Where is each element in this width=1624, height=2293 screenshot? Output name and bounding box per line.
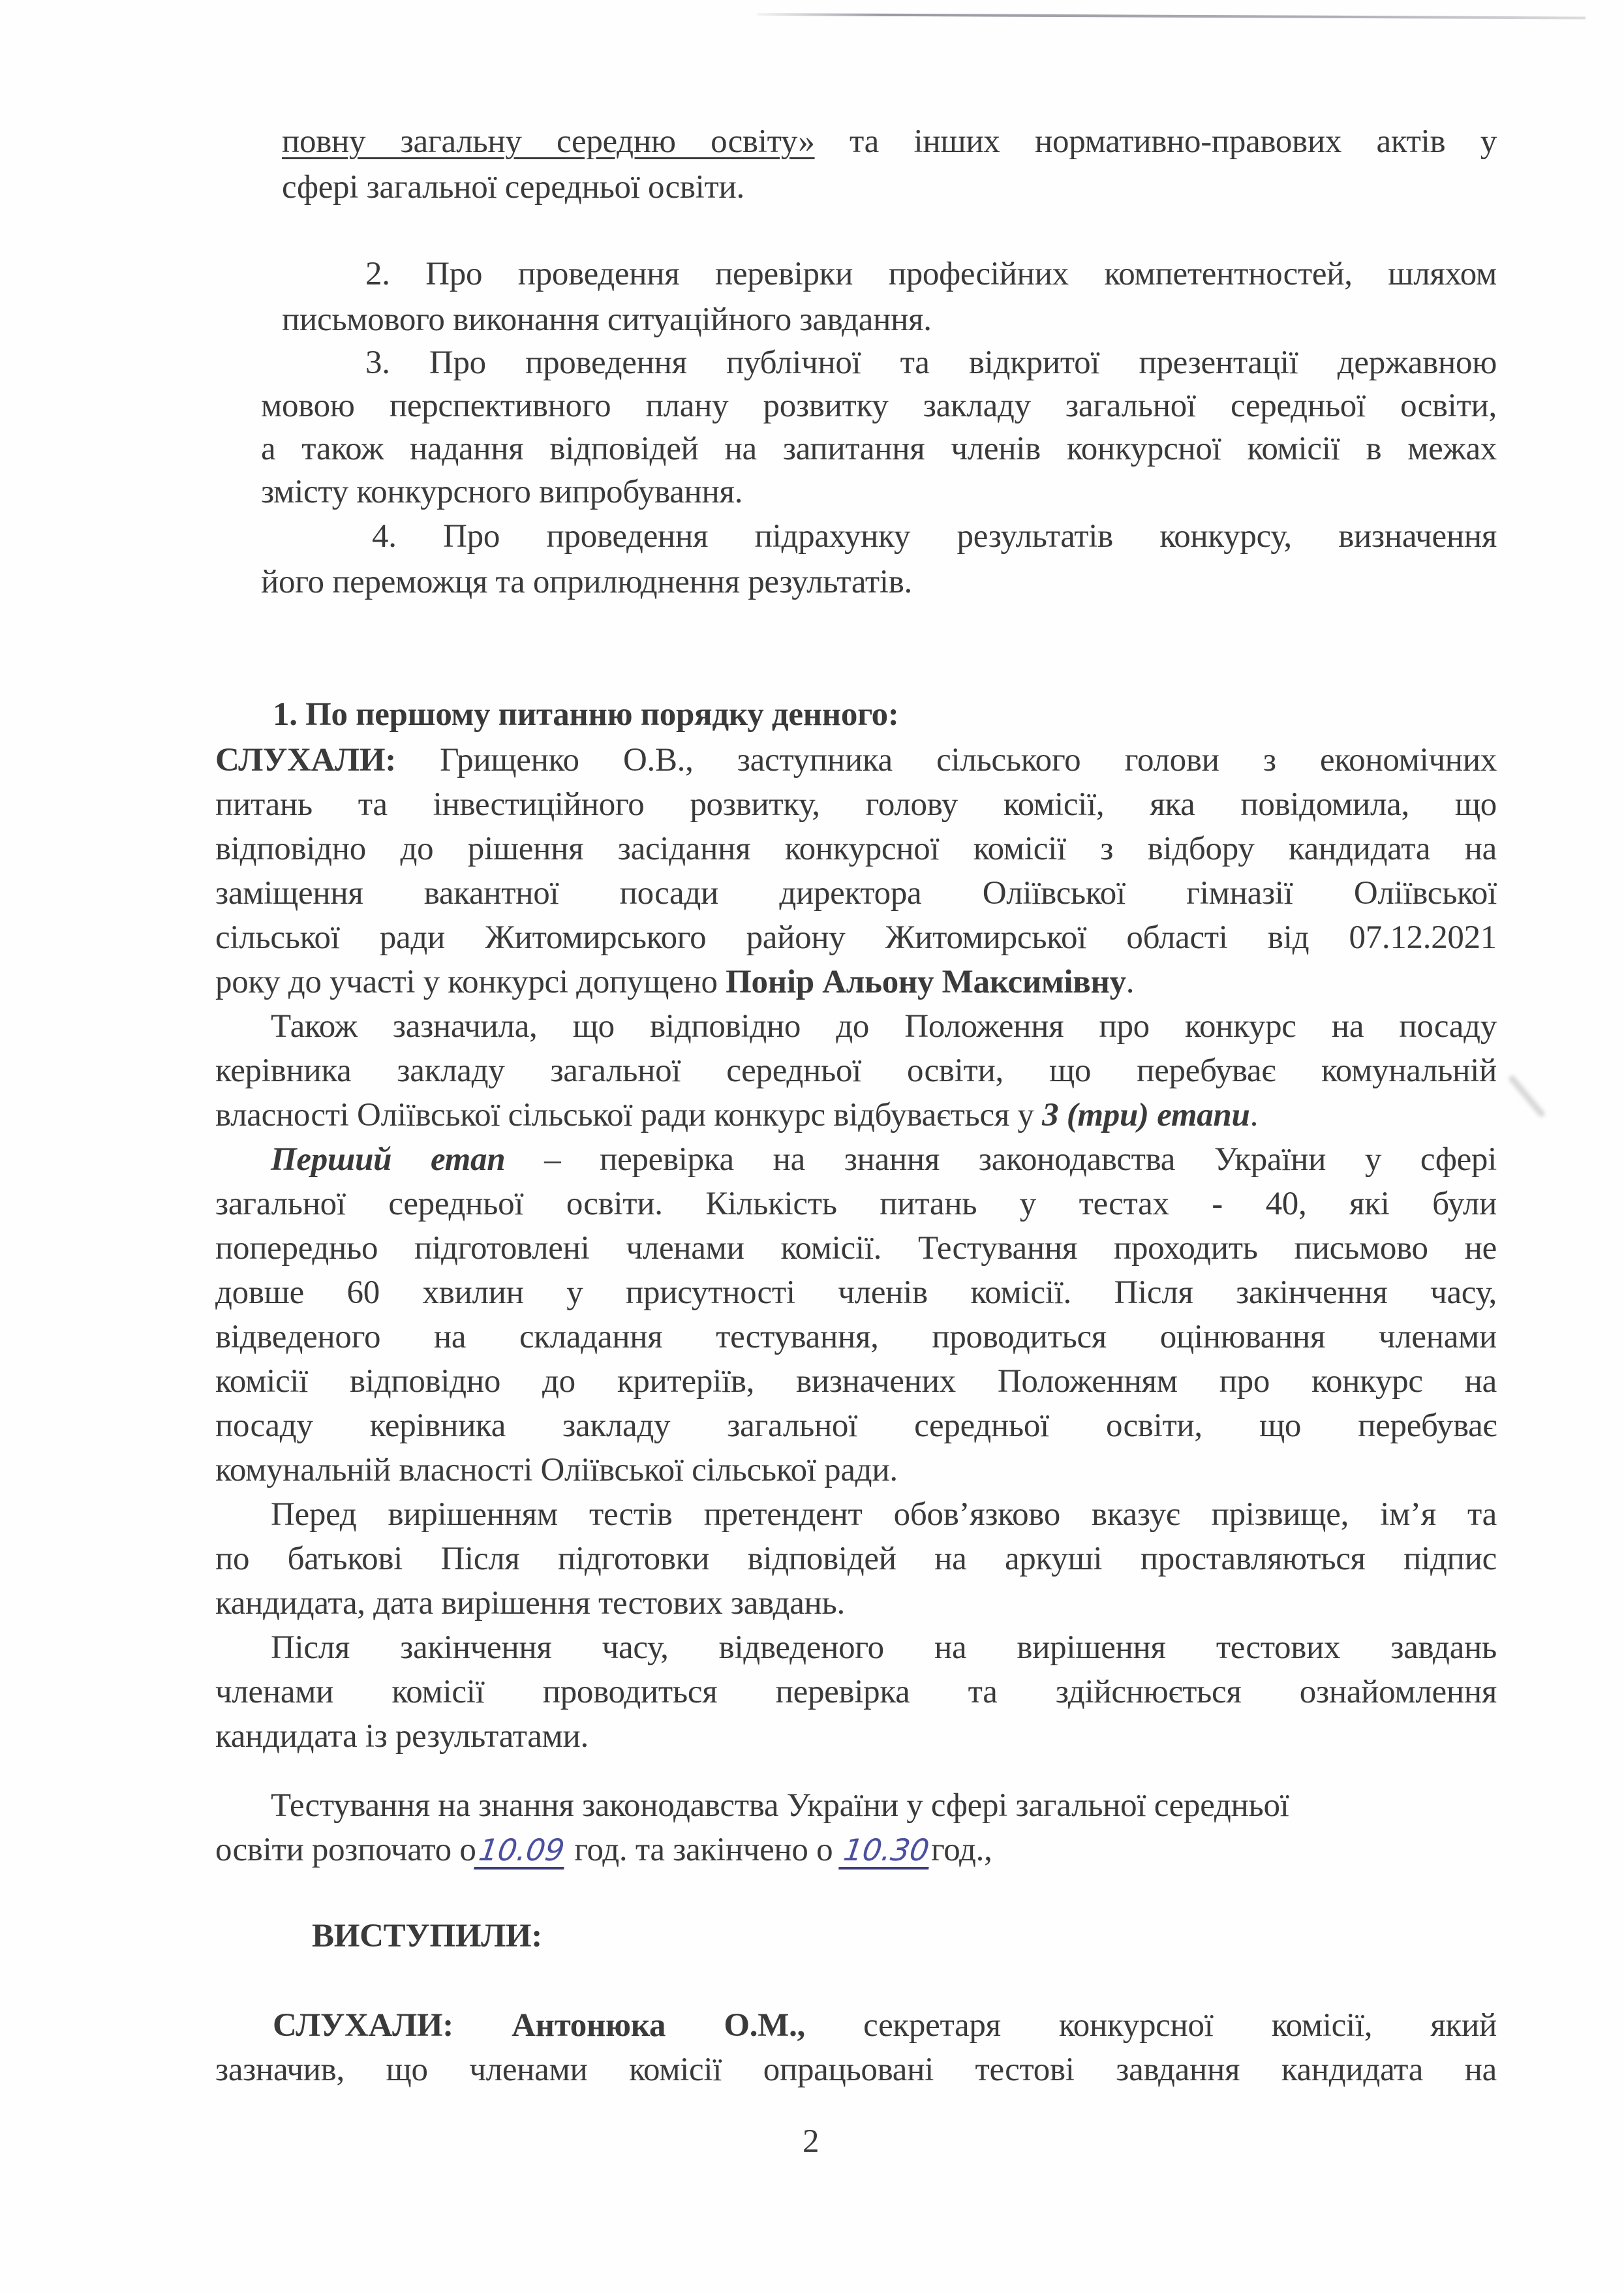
heard-line-2: питань та інвестиційного розвитку, голов…	[215, 784, 1497, 825]
heard2-line-1: СЛУХАЛИ: Антонюка О.М., секретаря конкур…	[273, 2005, 1497, 2046]
agenda-item-4-line-2: його переможця та оприлюднення результат…	[261, 561, 912, 603]
agenda-item-3-line-4: змісту конкурсного випробування.	[261, 471, 743, 513]
agenda-item-2-line-1: 2. Про проведення перевірки професійних …	[365, 253, 1497, 295]
document-page: повну загальну середню освіту» та інших …	[0, 0, 1624, 2293]
after-time-line-3: кандидата із результатами.	[215, 1716, 589, 1757]
agenda-item-2-line-2: письмового виконання ситуаційного завдан…	[282, 299, 932, 341]
handwritten-end-time: 10.30	[838, 1833, 934, 1870]
agenda-item-3-line-3: а також надання відповідей на запитання …	[261, 428, 1497, 470]
after-time-line-2: членами комісії проводиться перевірка та…	[215, 1671, 1497, 1713]
also-line-2: керівника закладу загальної середньої ос…	[215, 1050, 1497, 1092]
first-stage-line-6: комісії відповідно до критеріїв, визначе…	[215, 1361, 1497, 1402]
scan-edge-artifact	[757, 13, 1586, 20]
before-tests-line-1: Перед вирішенням тестів претендент обов’…	[271, 1494, 1497, 1535]
also-line-1: Також зазначила, що відповідно до Положе…	[271, 1006, 1497, 1047]
heard-label: СЛУХАЛИ:	[215, 742, 396, 778]
candidate-name: Понір Альону Максимівну	[726, 964, 1126, 1000]
first-stage-line-4: довше 60 хвилин у присутності членів ком…	[215, 1272, 1497, 1314]
heard2-line-2: зазначив, що членами комісії опрацьовані…	[215, 2049, 1497, 2091]
agenda-item-3-line-1: 3. Про проведення публічної та відкритої…	[365, 342, 1497, 384]
admitted-line: року до участі у конкурсі допущено Понір…	[215, 961, 1134, 1003]
first-stage-line-2: загальної середньої освіти. Кількість пи…	[215, 1183, 1497, 1225]
before-tests-line-2: по батькові Після підготовки відповідей …	[215, 1538, 1497, 1580]
heard2-name: Антонюка О.М.,	[453, 2007, 805, 2044]
agenda-item-3-line-2: мовою перспективного плану розвитку закл…	[261, 385, 1497, 427]
handwritten-start-time: 10.09	[474, 1833, 569, 1870]
agenda-continuation-line-2: сфері загальної середньої освіти.	[282, 166, 744, 208]
law-title-underlined: повну загальну середню освіту»	[282, 123, 815, 160]
page-number: 2	[803, 2121, 820, 2162]
agenda-continuation-line-1: повну загальну середню освіту» та інших …	[282, 121, 1497, 162]
before-tests-line-3: кандидата, дата вирішення тестових завда…	[215, 1582, 845, 1624]
testing-time-line-1: Тестування на знання законодавства Украї…	[271, 1785, 1289, 1826]
first-stage-line-1: Перший етап – перевірка на знання законо…	[271, 1139, 1497, 1180]
heard-line-3: відповідно до рішення засідання конкурсн…	[215, 828, 1497, 870]
heard-line-1: СЛУХАЛИ: Грищенко О.В., заступника сільс…	[215, 739, 1497, 781]
first-stage-line-5: відведеного на складання тестування, про…	[215, 1316, 1497, 1358]
after-time-line-1: Після закінчення часу, відведеного на ви…	[271, 1627, 1497, 1669]
stages-line: власності Оліївської сільської ради конк…	[215, 1094, 1258, 1136]
spoke-label: ВИСТУПИЛИ:	[312, 1915, 542, 1957]
first-stage-label: Перший етап	[271, 1141, 505, 1178]
testing-time-line-2: освіти розпочато о10.09 год. та закінчен…	[215, 1829, 992, 1871]
first-stage-line-7: посаду керівника закладу загальної серед…	[215, 1405, 1497, 1447]
scan-smudge-artifact	[1507, 1074, 1546, 1118]
heard2-label: СЛУХАЛИ:	[273, 2007, 453, 2044]
heard-line-5: сільської ради Житомирського району Жито…	[215, 917, 1497, 959]
first-stage-line-3: попередньо підготовлені членами комісії.…	[215, 1227, 1497, 1269]
agenda-item-4-line-1: 4. Про проведення підрахунку результатів…	[372, 516, 1497, 557]
first-stage-line-8: комунальній власності Оліївської сільськ…	[215, 1449, 898, 1491]
stages-count: 3 (три) етапи	[1042, 1097, 1249, 1133]
section-1-heading: 1. По першому питанню порядку денного:	[273, 694, 899, 735]
heard-line-4: заміщення вакантної посади директора Олі…	[215, 872, 1497, 914]
